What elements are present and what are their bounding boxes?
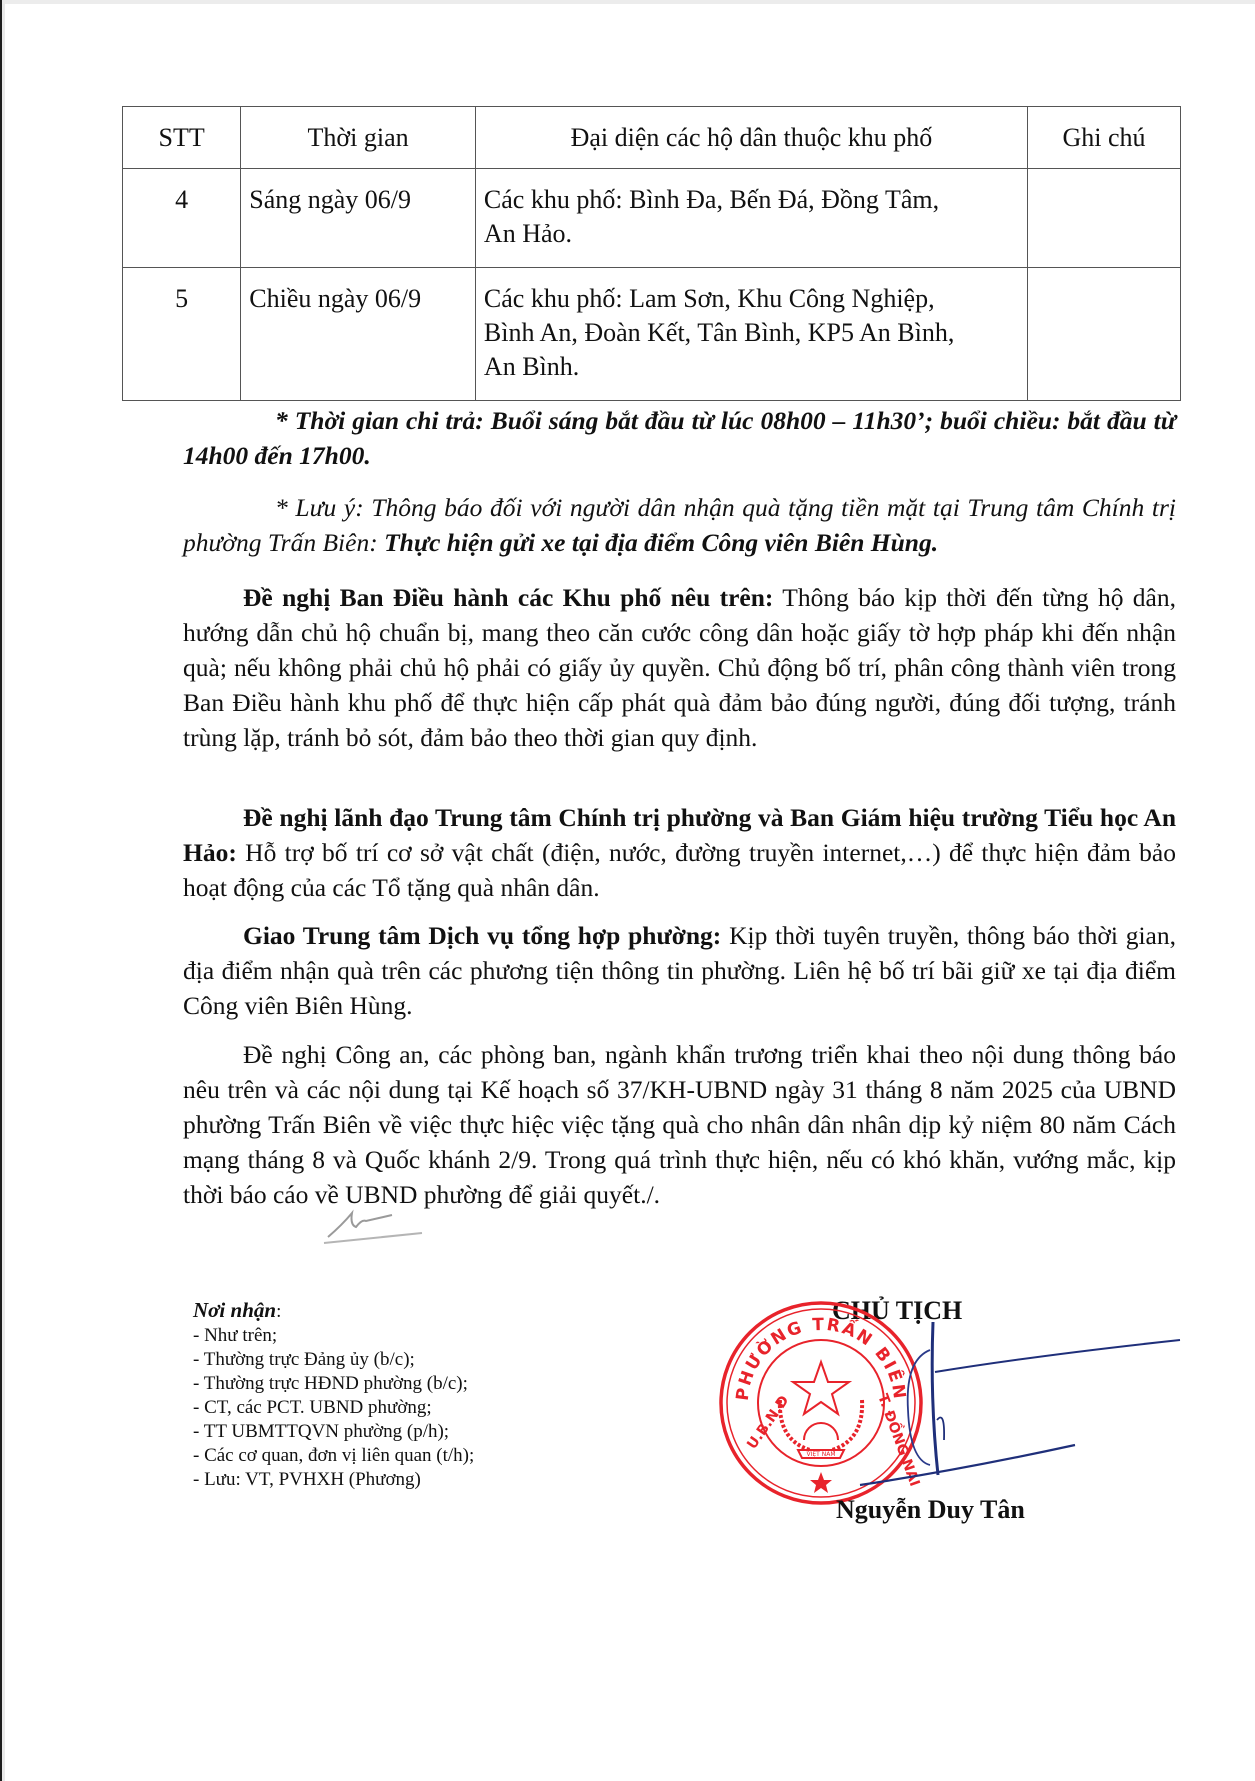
recipients-title: Nơi nhận (193, 1298, 276, 1322)
rep-line: Các khu phố: Bình Đa, Bến Đá, Đồng Tâm, (484, 183, 1021, 217)
table-row: 5 Chiều ngày 06/9 Các khu phố: Lam Sơn, … (123, 268, 1181, 401)
paragraph-body: Đề nghị Công an, các phòng ban, ngành kh… (183, 1040, 1176, 1209)
recipient-item: - Thường trực HĐND phường (b/c); (193, 1372, 474, 1396)
table-header-row: STT Thời gian Đại diện các hộ dân thuộc … (123, 107, 1181, 169)
cell-stt: 5 (123, 268, 241, 401)
rep-line: Bình An, Đoàn Kết, Tân Bình, KP5 An Bình… (484, 316, 1021, 350)
paragraph-police-departments: Đề nghị Công an, các phòng ban, ngành kh… (183, 1037, 1176, 1212)
table-row: 4 Sáng ngày 06/9 Các khu phố: Bình Đa, B… (123, 169, 1181, 268)
recipient-item: - Lưu: VT, PVHXH (Phương) (193, 1468, 474, 1492)
parking-note-bold: Thực hiện gửi xe tại địa điểm Công viên … (384, 528, 938, 557)
paragraph-neighborhood-boards: Đề nghị Ban Điều hành các Khu phố nêu tr… (183, 580, 1176, 755)
official-stamp-icon: PHƯỜNG TRẤN BIÊN U.B.N.D T. ĐỒNG NAI VIỆ… (718, 1300, 924, 1506)
recipient-item: - Như trên; (193, 1324, 474, 1348)
paragraph-body: Hỗ trợ bố trí cơ sở vật chất (điện, nước… (183, 838, 1176, 902)
header-representatives: Đại diện các hộ dân thuộc khu phố (475, 107, 1027, 169)
header-time: Thời gian (241, 107, 476, 169)
cell-note (1027, 268, 1180, 401)
schedule-table: STT Thời gian Đại diện các hộ dân thuộc … (122, 106, 1181, 401)
header-stt: STT (123, 107, 241, 169)
cell-time: Sáng ngày 06/9 (241, 169, 476, 268)
svg-text:VIỆT NAM: VIỆT NAM (806, 1450, 835, 1458)
recipients-colon: : (276, 1301, 281, 1322)
initials-mark-icon (322, 1205, 432, 1245)
recipient-item: - Thường trực Đảng ủy (b/c); (193, 1348, 474, 1372)
cell-time: Chiều ngày 06/9 (241, 268, 476, 401)
recipients-block: Nơi nhận: - Như trên; - Thường trực Đảng… (193, 1298, 474, 1492)
recipient-item: - Các cơ quan, đơn vị liên quan (t/h); (193, 1444, 474, 1468)
rep-line: An Bình. (484, 350, 1021, 384)
cell-note (1027, 169, 1180, 268)
paragraph-service-center: Giao Trung tâm Dịch vụ tổng hợp phường: … (183, 918, 1176, 1023)
payment-time-note: * Thời gian chi trả: Buổi sáng bắt đầu t… (183, 403, 1176, 473)
rep-line: An Hảo. (484, 217, 1021, 251)
parking-note: * Lưu ý: Thông báo đối với người dân nhậ… (183, 490, 1176, 560)
cell-representatives: Các khu phố: Lam Sơn, Khu Công Nghiệp, B… (475, 268, 1027, 401)
paragraph-lead: Đề nghị Ban Điều hành các Khu phố nêu tr… (243, 583, 773, 612)
cell-stt: 4 (123, 169, 241, 268)
rep-line: Các khu phố: Lam Sơn, Khu Công Nghiệp, (484, 282, 1021, 316)
page-top-edge (0, 0, 1255, 4)
recipient-item: - CT, các PCT. UBND phường; (193, 1396, 474, 1420)
header-note: Ghi chú (1027, 107, 1180, 169)
svg-text:U.B.N.D: U.B.N.D (744, 1393, 792, 1452)
page-left-shadow (2, 0, 5, 1781)
signer-name: Nguyễn Duy Tân (836, 1495, 1025, 1525)
paragraph-lead: Giao Trung tâm Dịch vụ tổng hợp phường: (243, 921, 721, 950)
paragraph-political-center: Đề nghị lãnh đạo Trung tâm Chính trị phư… (183, 800, 1176, 905)
cell-representatives: Các khu phố: Bình Đa, Bến Đá, Đồng Tâm, … (475, 169, 1027, 268)
recipient-item: - TT UBMTTQVN phường (p/h); (193, 1420, 474, 1444)
